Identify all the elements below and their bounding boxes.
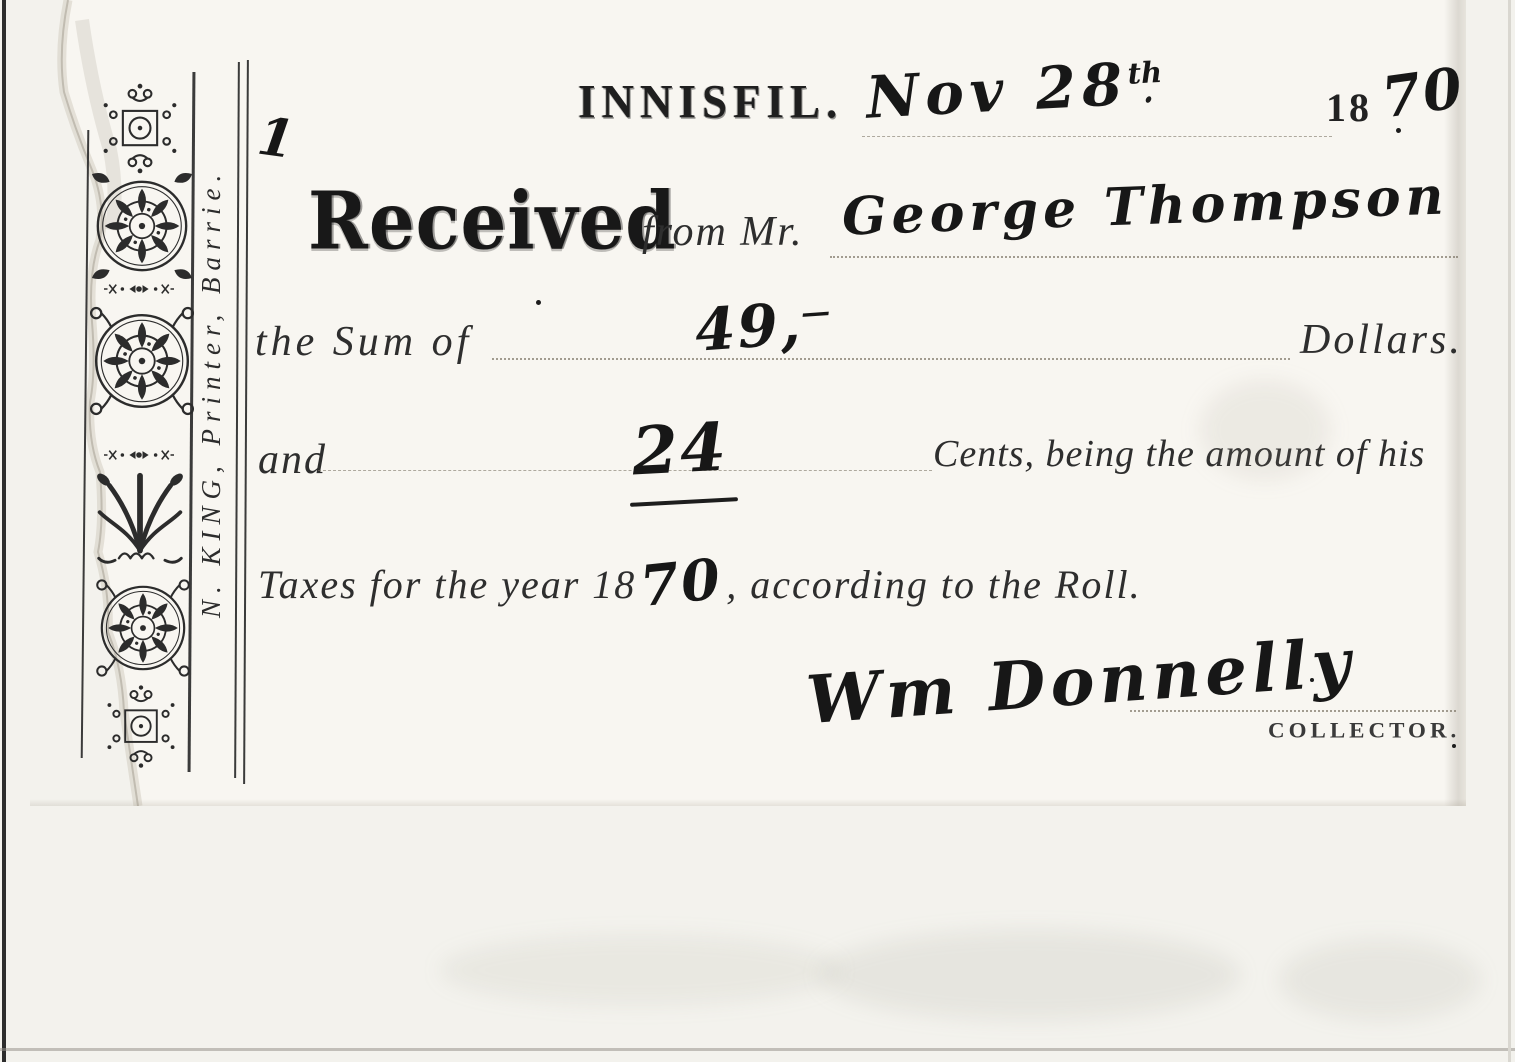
year-handwritten: 70 xyxy=(1378,55,1468,132)
rosette-ornament xyxy=(86,300,198,422)
cents-fill-line xyxy=(318,470,932,471)
year-printed: 18 xyxy=(1326,84,1372,131)
scanned-receipt: N. KING, Printer, Barrie. INNISFIL. Nov … xyxy=(0,0,1515,1062)
dollars-fill-line xyxy=(492,358,1290,360)
cents-phrase: Cents, being the amount of his xyxy=(933,432,1425,476)
paper-bottom-edge-shade xyxy=(30,799,1466,806)
ink-speck xyxy=(1310,678,1314,682)
divider-ornament xyxy=(100,448,178,462)
received-label: Received xyxy=(308,174,677,268)
rosette-ornament xyxy=(92,574,194,682)
payer-fill-line xyxy=(830,256,1458,258)
and-label: and xyxy=(258,436,327,484)
from-label: from Mr. xyxy=(642,208,803,256)
divider-ornament xyxy=(100,282,178,296)
signature-fill-line xyxy=(1130,710,1456,712)
cents-amount: 24 xyxy=(630,408,730,491)
ink-speck xyxy=(536,300,541,305)
ink-speck xyxy=(1396,128,1401,133)
square-ornament xyxy=(100,82,180,176)
square-ornament xyxy=(104,684,178,770)
ink-speck xyxy=(1452,744,1456,748)
dollars-amount: 49,— xyxy=(693,287,833,364)
scan-edge-bottom xyxy=(0,1048,1515,1051)
sum-label: the Sum of xyxy=(255,318,472,366)
place-name: INNISFIL. xyxy=(578,75,843,130)
stain xyxy=(820,930,1240,1020)
scan-edge-right xyxy=(1508,0,1511,1062)
scan-edge-left xyxy=(2,0,6,1062)
stain xyxy=(440,935,840,1005)
taxes-prefix: Taxes for the year 18 xyxy=(258,561,636,608)
dollars-label: Dollars. xyxy=(1300,316,1463,364)
date-suffix: th xyxy=(1127,55,1163,91)
stain xyxy=(1280,940,1480,1020)
date-fill-line xyxy=(862,136,1332,137)
palmette-ornament xyxy=(92,468,188,568)
printer-credit: N. KING, Printer, Barrie. xyxy=(196,88,227,618)
rosette-ornament xyxy=(88,168,196,284)
taxes-suffix: , according to the Roll. xyxy=(726,561,1141,608)
collector-label: COLLECTOR. xyxy=(1268,719,1460,744)
dollars-flourish: — xyxy=(800,294,831,330)
stain xyxy=(1200,380,1330,480)
taxes-line: Taxes for the year 18 70 , according to … xyxy=(258,546,1142,612)
taxes-year-handwritten: 70 xyxy=(637,546,725,620)
